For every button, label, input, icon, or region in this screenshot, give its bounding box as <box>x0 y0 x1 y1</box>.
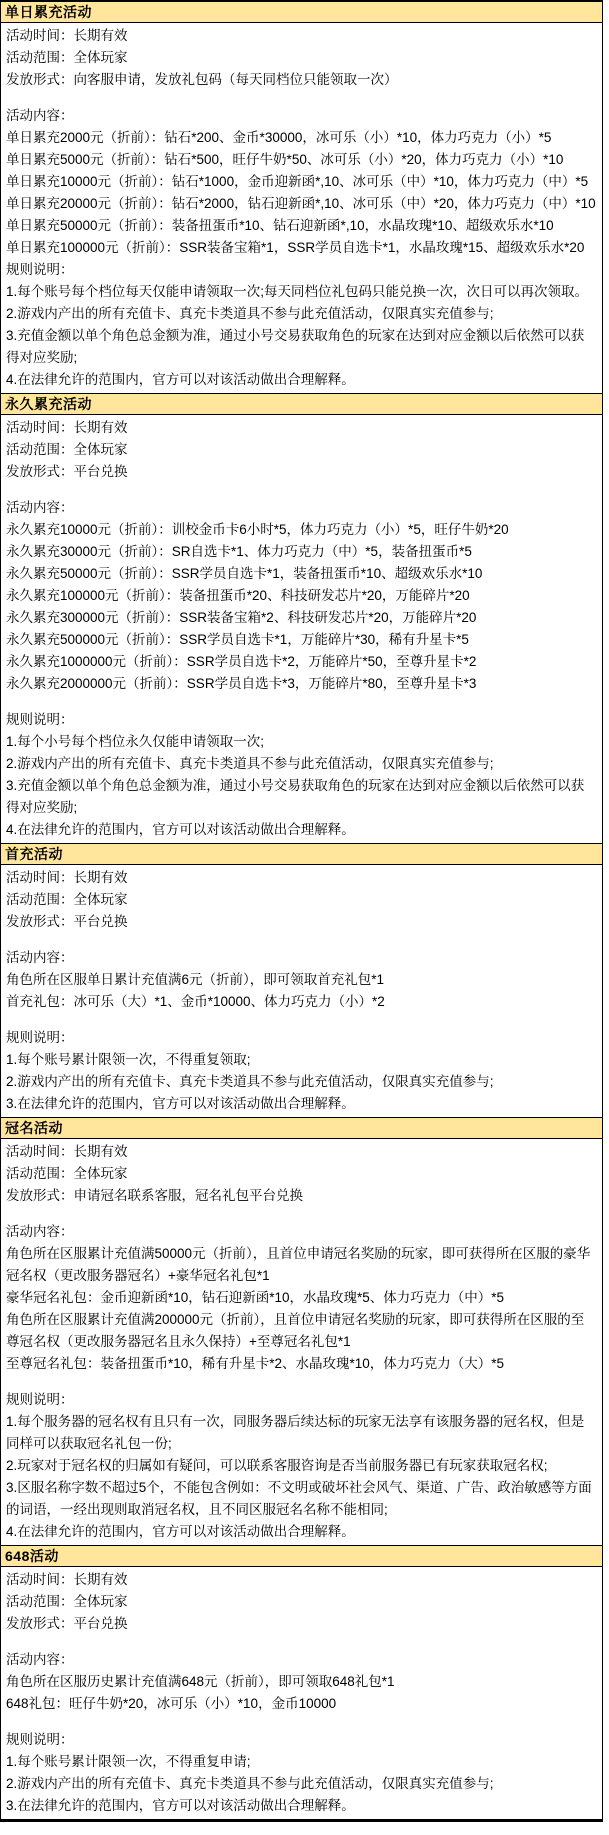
text-line: 1.每个账号累计限领一次，不得重复申请; <box>6 1751 597 1773</box>
activity-section: 冠名活动 活动时间：长期有效活动范围：全体玩家发放形式：申请冠名联系客服，冠名礼… <box>1 1117 602 1545</box>
text-line: 永久累充10000元（折前）：训校金币卡6小时*5，体力巧克力（小）*5，旺仔牛… <box>6 519 597 541</box>
text-line: 活动范围：全体玩家 <box>6 889 597 911</box>
text-line: 发放形式：申请冠名联系客服，冠名礼包平台兑换 <box>6 1185 597 1207</box>
text-line: 规则说明： <box>6 259 597 281</box>
text-line: 3.充值金额以单个角色总金额为准，通过小号交易获取角色的玩家在达到对应金额以后依… <box>6 325 597 369</box>
text-line: 角色所在区服累计充值满200000元（折前），且首位申请冠名奖励的玩家，即可获得… <box>6 1309 597 1353</box>
text-line: 规则说明： <box>6 1027 597 1049</box>
text-line: 2.游戏内产出的所有充值卡、真充卡类道具不参与此充值活动，仅限真实充值参与; <box>6 303 597 325</box>
text-line: 角色所在区服单日累计充值满6元（折前），即可领取首充礼包*1 <box>6 969 597 991</box>
text-line: 活动范围：全体玩家 <box>6 439 597 461</box>
text-line: 永久累充1000000元（折前）：SSR学员自选卡*2，万能碎片*50，至尊升星… <box>6 651 597 673</box>
text-line: 单日累充50000元（折前）：装备扭蛋币*10、钻石迎新函*,10，水晶玫瑰*1… <box>6 215 597 237</box>
activity-section: 单日累充活动 活动时间：长期有效活动范围：全体玩家发放形式：向客服申请，发放礼包… <box>1 0 602 393</box>
text-line: 3.在法律允许的范围内，官方可以对该活动做出合理解释。 <box>6 1795 597 1817</box>
text-line: 4.在法律允许的范围内，官方可以对该活动做出合理解释。 <box>6 1521 597 1543</box>
text-line: 2.游戏内产出的所有充值卡、真充卡类道具不参与此充值活动，仅限真实充值参与; <box>6 753 597 775</box>
text-line: 活动时间：长期有效 <box>6 417 597 439</box>
activity-section: 648活动 活动时间：长期有效活动范围：全体玩家发放形式：平台兑换活动内容：角色… <box>1 1545 602 1819</box>
text-line: 活动时间：长期有效 <box>6 1141 597 1163</box>
text-line: 4.在法律允许的范围内，官方可以对该活动做出合理解释。 <box>6 369 597 391</box>
text-line: 发放形式：平台兑换 <box>6 1613 597 1635</box>
text-line: 3.区服名称字数不超过5个，不能包含例如：不文明或破坏社会风气、渠道、广告、政治… <box>6 1477 597 1521</box>
blank-line <box>6 1013 597 1027</box>
blank-line <box>6 1715 597 1729</box>
text-line: 角色所在区服累计充值满50000元（折前），且首位申请冠名奖励的玩家，即可获得所… <box>6 1243 597 1287</box>
text-line: 活动时间：长期有效 <box>6 1569 597 1591</box>
blank-line <box>6 1635 597 1649</box>
text-line: 单日累充20000元（折前）：钻石*2000，钻石迎新函*,10、冰可乐（中）*… <box>6 193 597 215</box>
text-line: 活动范围：全体玩家 <box>6 1591 597 1613</box>
section-header: 永久累充活动 <box>1 393 602 415</box>
recharge-activities-sheet: 单日累充活动 活动时间：长期有效活动范围：全体玩家发放形式：向客服申请，发放礼包… <box>0 0 603 1822</box>
text-line: 648礼包：旺仔牛奶*20，冰可乐（小）*10，金币10000 <box>6 1693 597 1715</box>
text-line: 2.游戏内产出的所有充值卡、真充卡类道具不参与此充值活动，仅限真实充值参与; <box>6 1071 597 1093</box>
text-line: 1.每个小号每个档位永久仅能申请领取一次; <box>6 731 597 753</box>
section-header: 首充活动 <box>1 843 602 865</box>
text-line: 永久累充50000元（折前）：SSR学员自选卡*1，装备扭蛋币*10、超级欢乐水… <box>6 563 597 585</box>
text-line: 规则说明： <box>6 1729 597 1751</box>
text-line: 豪华冠名礼包：金币迎新函*10，钻石迎新函*10，水晶玫瑰*5、体力巧克力（中）… <box>6 1287 597 1309</box>
text-line: 活动范围：全体玩家 <box>6 1163 597 1185</box>
text-line: 角色所在区服历史累计充值满648元（折前），即可领取648礼包*1 <box>6 1671 597 1693</box>
text-line: 规则说明： <box>6 1389 597 1411</box>
text-line: 发放形式：平台兑换 <box>6 461 597 483</box>
blank-line <box>6 933 597 947</box>
text-line: 规则说明： <box>6 709 597 731</box>
text-line: 活动时间：长期有效 <box>6 25 597 47</box>
text-line: 发放形式：平台兑换 <box>6 911 597 933</box>
text-line: 3.充值金额以单个角色总金额为准，通过小号交易获取角色的玩家在达到对应金额以后依… <box>6 775 597 819</box>
text-line: 1.每个账号每个档位每天仅能申请领取一次;每天同档位礼包码只能兑换一次，次日可以… <box>6 281 597 303</box>
text-line: 单日累充2000元（折前）：钻石*200、金币*30000，冰可乐（小）*10，… <box>6 127 597 149</box>
text-line: 永久累充500000元（折前）：SSR学员自选卡*1，万能碎片*30，稀有升星卡… <box>6 629 597 651</box>
text-line: 永久累充2000000元（折前）：SSR学员自选卡*3，万能碎片*80，至尊升星… <box>6 673 597 695</box>
blank-line <box>6 1375 597 1389</box>
text-line: 活动内容： <box>6 105 597 127</box>
blank-line <box>6 483 597 497</box>
text-line: 永久累充100000元（折前）：装备扭蛋币*20、科技研发芯片*20，万能碎片*… <box>6 585 597 607</box>
blank-line <box>6 91 597 105</box>
text-line: 活动内容： <box>6 947 597 969</box>
text-line: 发放形式：向客服申请，发放礼包码（每天同档位只能领取一次） <box>6 69 597 91</box>
text-line: 单日累充100000元（折前）：SSR装备宝箱*1，SSR学员自选卡*1，水晶玫… <box>6 237 597 259</box>
section-header: 冠名活动 <box>1 1117 602 1139</box>
text-line: 单日累充5000元（折前）：钻石*500，旺仔牛奶*50、冰可乐（小）*20，体… <box>6 149 597 171</box>
text-line: 首充礼包：冰可乐（大）*1、金币*10000、体力巧克力（小）*2 <box>6 991 597 1013</box>
section-body: 活动时间：长期有效活动范围：全体玩家发放形式：向客服申请，发放礼包码（每天同档位… <box>1 23 602 393</box>
section-body: 活动时间：长期有效活动范围：全体玩家发放形式：平台兑换活动内容：永久累充1000… <box>1 415 602 843</box>
text-line: 至尊冠名礼包：装备扭蛋币*10，稀有升星卡*2、水晶玫瑰*10，体力巧克力（大）… <box>6 1353 597 1375</box>
section-body: 活动时间：长期有效活动范围：全体玩家发放形式：申请冠名联系客服，冠名礼包平台兑换… <box>1 1139 602 1545</box>
text-line: 活动范围：全体玩家 <box>6 47 597 69</box>
section-header: 648活动 <box>1 1545 602 1567</box>
blank-line <box>6 1207 597 1221</box>
section-body: 活动时间：长期有效活动范围：全体玩家发放形式：平台兑换活动内容：角色所在区服历史… <box>1 1567 602 1819</box>
text-line: 2.游戏内产出的所有充值卡、真充卡类道具不参与此充值活动，仅限真实充值参与; <box>6 1773 597 1795</box>
activity-section: 永久累充活动 活动时间：长期有效活动范围：全体玩家发放形式：平台兑换活动内容：永… <box>1 393 602 843</box>
blank-line <box>6 695 597 709</box>
activity-section: 首充活动 活动时间：长期有效活动范围：全体玩家发放形式：平台兑换活动内容：角色所… <box>1 843 602 1117</box>
text-line: 活动时间：长期有效 <box>6 867 597 889</box>
text-line: 1.每个服务器的冠名权有且只有一次，同服务器后续达标的玩家无法享有该服务器的冠名… <box>6 1411 597 1455</box>
text-line: 活动内容： <box>6 1649 597 1671</box>
text-line: 永久累充30000元（折前）：SR自选卡*1、体力巧克力（中）*5，装备扭蛋币*… <box>6 541 597 563</box>
text-line: 2.玩家对于冠名权的归属如有疑问，可以联系客服咨询是否当前服务器已有玩家获取冠名… <box>6 1455 597 1477</box>
text-line: 单日累充10000元（折前）：钻石*1000，金币迎新函*,10、冰可乐（中）*… <box>6 171 597 193</box>
section-body: 活动时间：长期有效活动范围：全体玩家发放形式：平台兑换活动内容：角色所在区服单日… <box>1 865 602 1117</box>
text-line: 4.在法律允许的范围内，官方可以对该活动做出合理解释。 <box>6 819 597 841</box>
text-line: 活动内容： <box>6 497 597 519</box>
text-line: 活动内容： <box>6 1221 597 1243</box>
text-line: 1.每个账号累计限领一次，不得重复领取; <box>6 1049 597 1071</box>
text-line: 3.在法律允许的范围内，官方可以对该活动做出合理解释。 <box>6 1093 597 1115</box>
section-header: 单日累充活动 <box>1 0 602 23</box>
text-line: 永久累充300000元（折前）：SSR装备宝箱*2、科技研发芯片*20，万能碎片… <box>6 607 597 629</box>
